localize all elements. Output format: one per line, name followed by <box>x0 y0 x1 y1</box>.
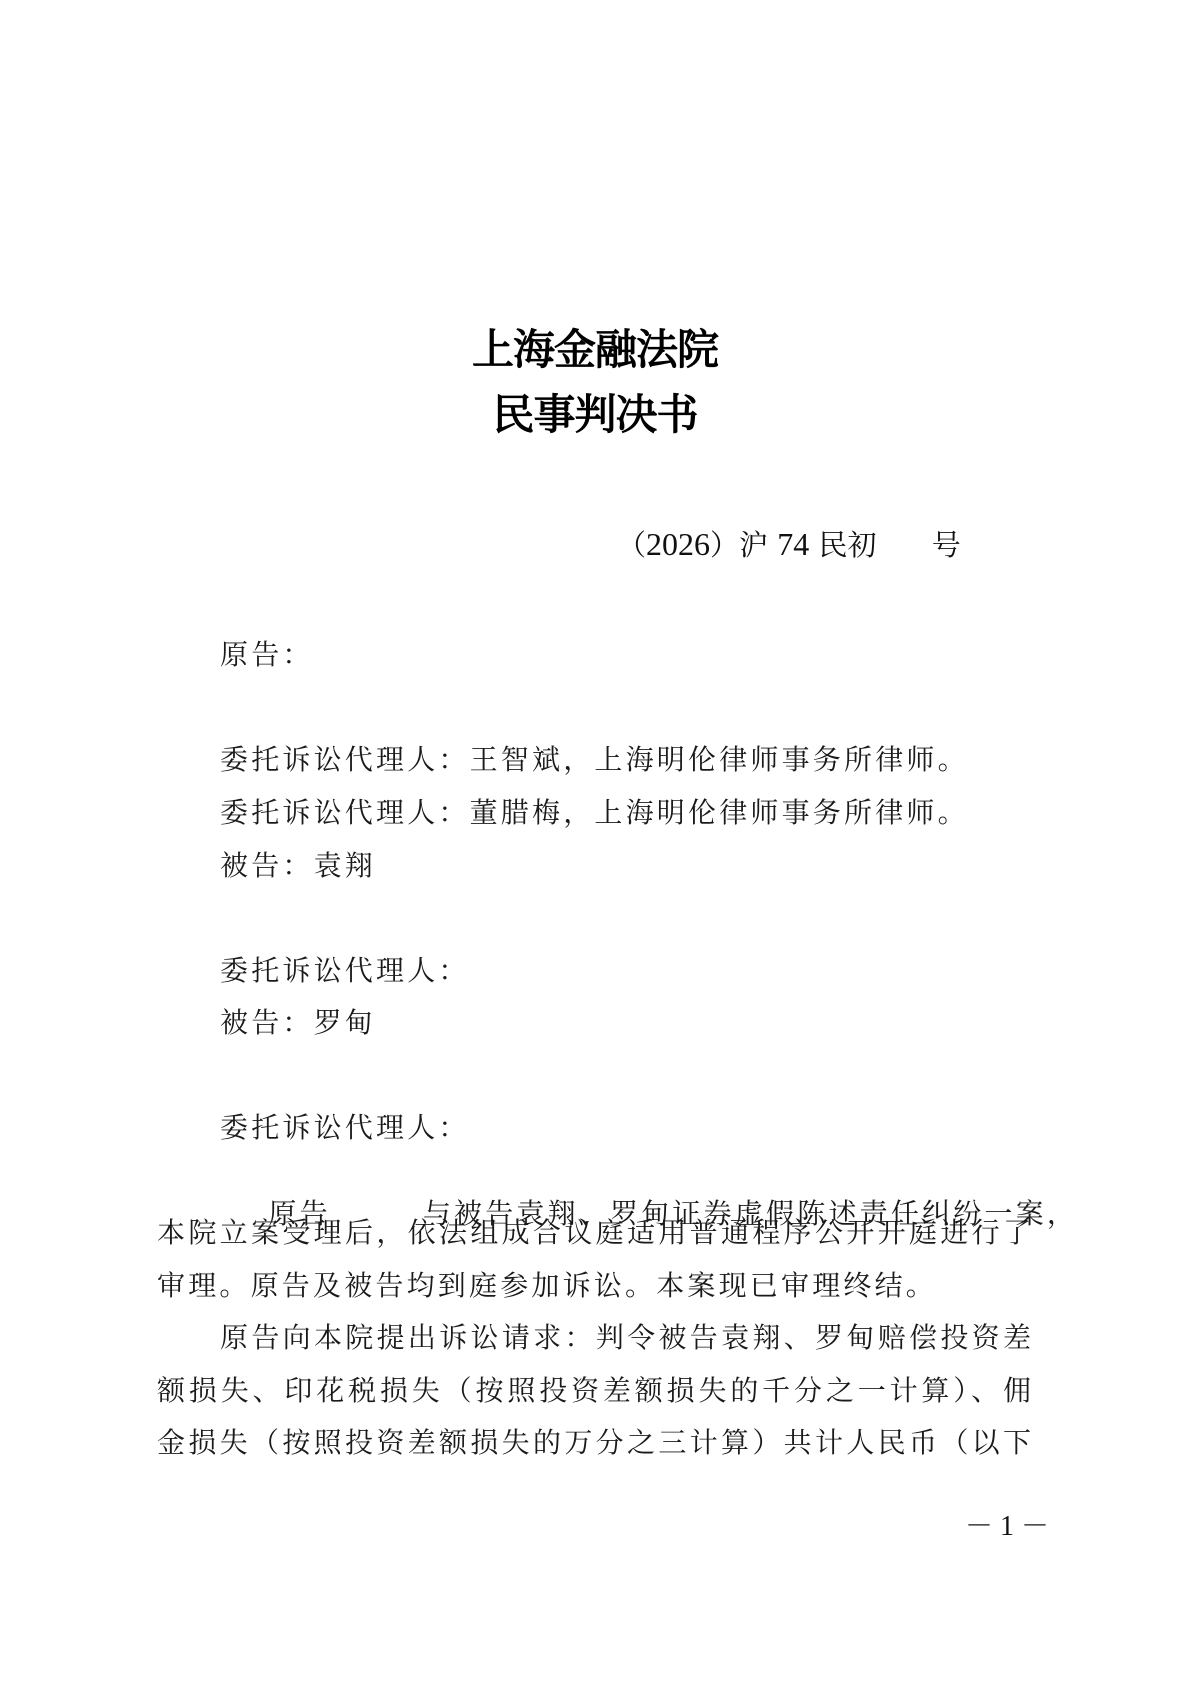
judgment-page: 上海金融法院 民事判决书 （2026）沪 74 民初 号 原告： 委托诉讼代理人… <box>0 0 1190 1683</box>
case-number-middle: ）沪 <box>710 528 777 562</box>
para2-line2: 额损失、印花税损失（按照投资差额损失的千分之一计算）、佣 <box>157 1374 1031 1426</box>
plaintiff-label: 原告： <box>220 638 1094 690</box>
page-number: － 1 － <box>965 1512 1049 1542</box>
para2-line3: 金损失（按照投资差额损失的万分之三计算）共计人民币（以下 <box>157 1426 1031 1478</box>
document-type-title: 民事判决书 <box>0 392 1190 438</box>
plaintiff-agent-1: 委托诉讼代理人：王智斌，上海明伦律师事务所律师。 <box>220 743 1094 795</box>
case-number-prefix: （ <box>617 528 646 562</box>
case-number: （2026）沪 74 民初 号 <box>617 527 961 562</box>
para1-line3: 审理。原告及被告均到庭参加诉讼。本案现已审理终结。 <box>157 1269 1031 1321</box>
para2-line1: 原告向本院提出诉讼请求：判令被告袁翔、罗甸赔偿投资差 <box>220 1321 1031 1373</box>
case-number-suffix: 民初 号 <box>809 528 961 562</box>
case-number-court-code: 74 <box>777 526 809 562</box>
para1-line1: 原告与被告袁翔、罗甸证券虚假陈述责任纠纷一案， <box>220 1163 1031 1215</box>
court-name-title: 上海金融法院 <box>0 327 1190 373</box>
defendant-1: 被告：袁翔 <box>220 849 1094 901</box>
plaintiff-agent-2: 委托诉讼代理人：董腊梅，上海明伦律师事务所律师。 <box>220 796 1094 848</box>
para1-line2: 本院立案受理后，依法组成合议庭适用普通程序公开开庭进行了 <box>157 1216 1031 1268</box>
defendant-1-agent: 委托诉讼代理人： <box>220 954 1094 1006</box>
case-number-year: 2026 <box>646 526 710 562</box>
defendant-2: 被告：罗甸 <box>220 1006 1094 1058</box>
defendant-2-agent: 委托诉讼代理人： <box>220 1111 1094 1163</box>
